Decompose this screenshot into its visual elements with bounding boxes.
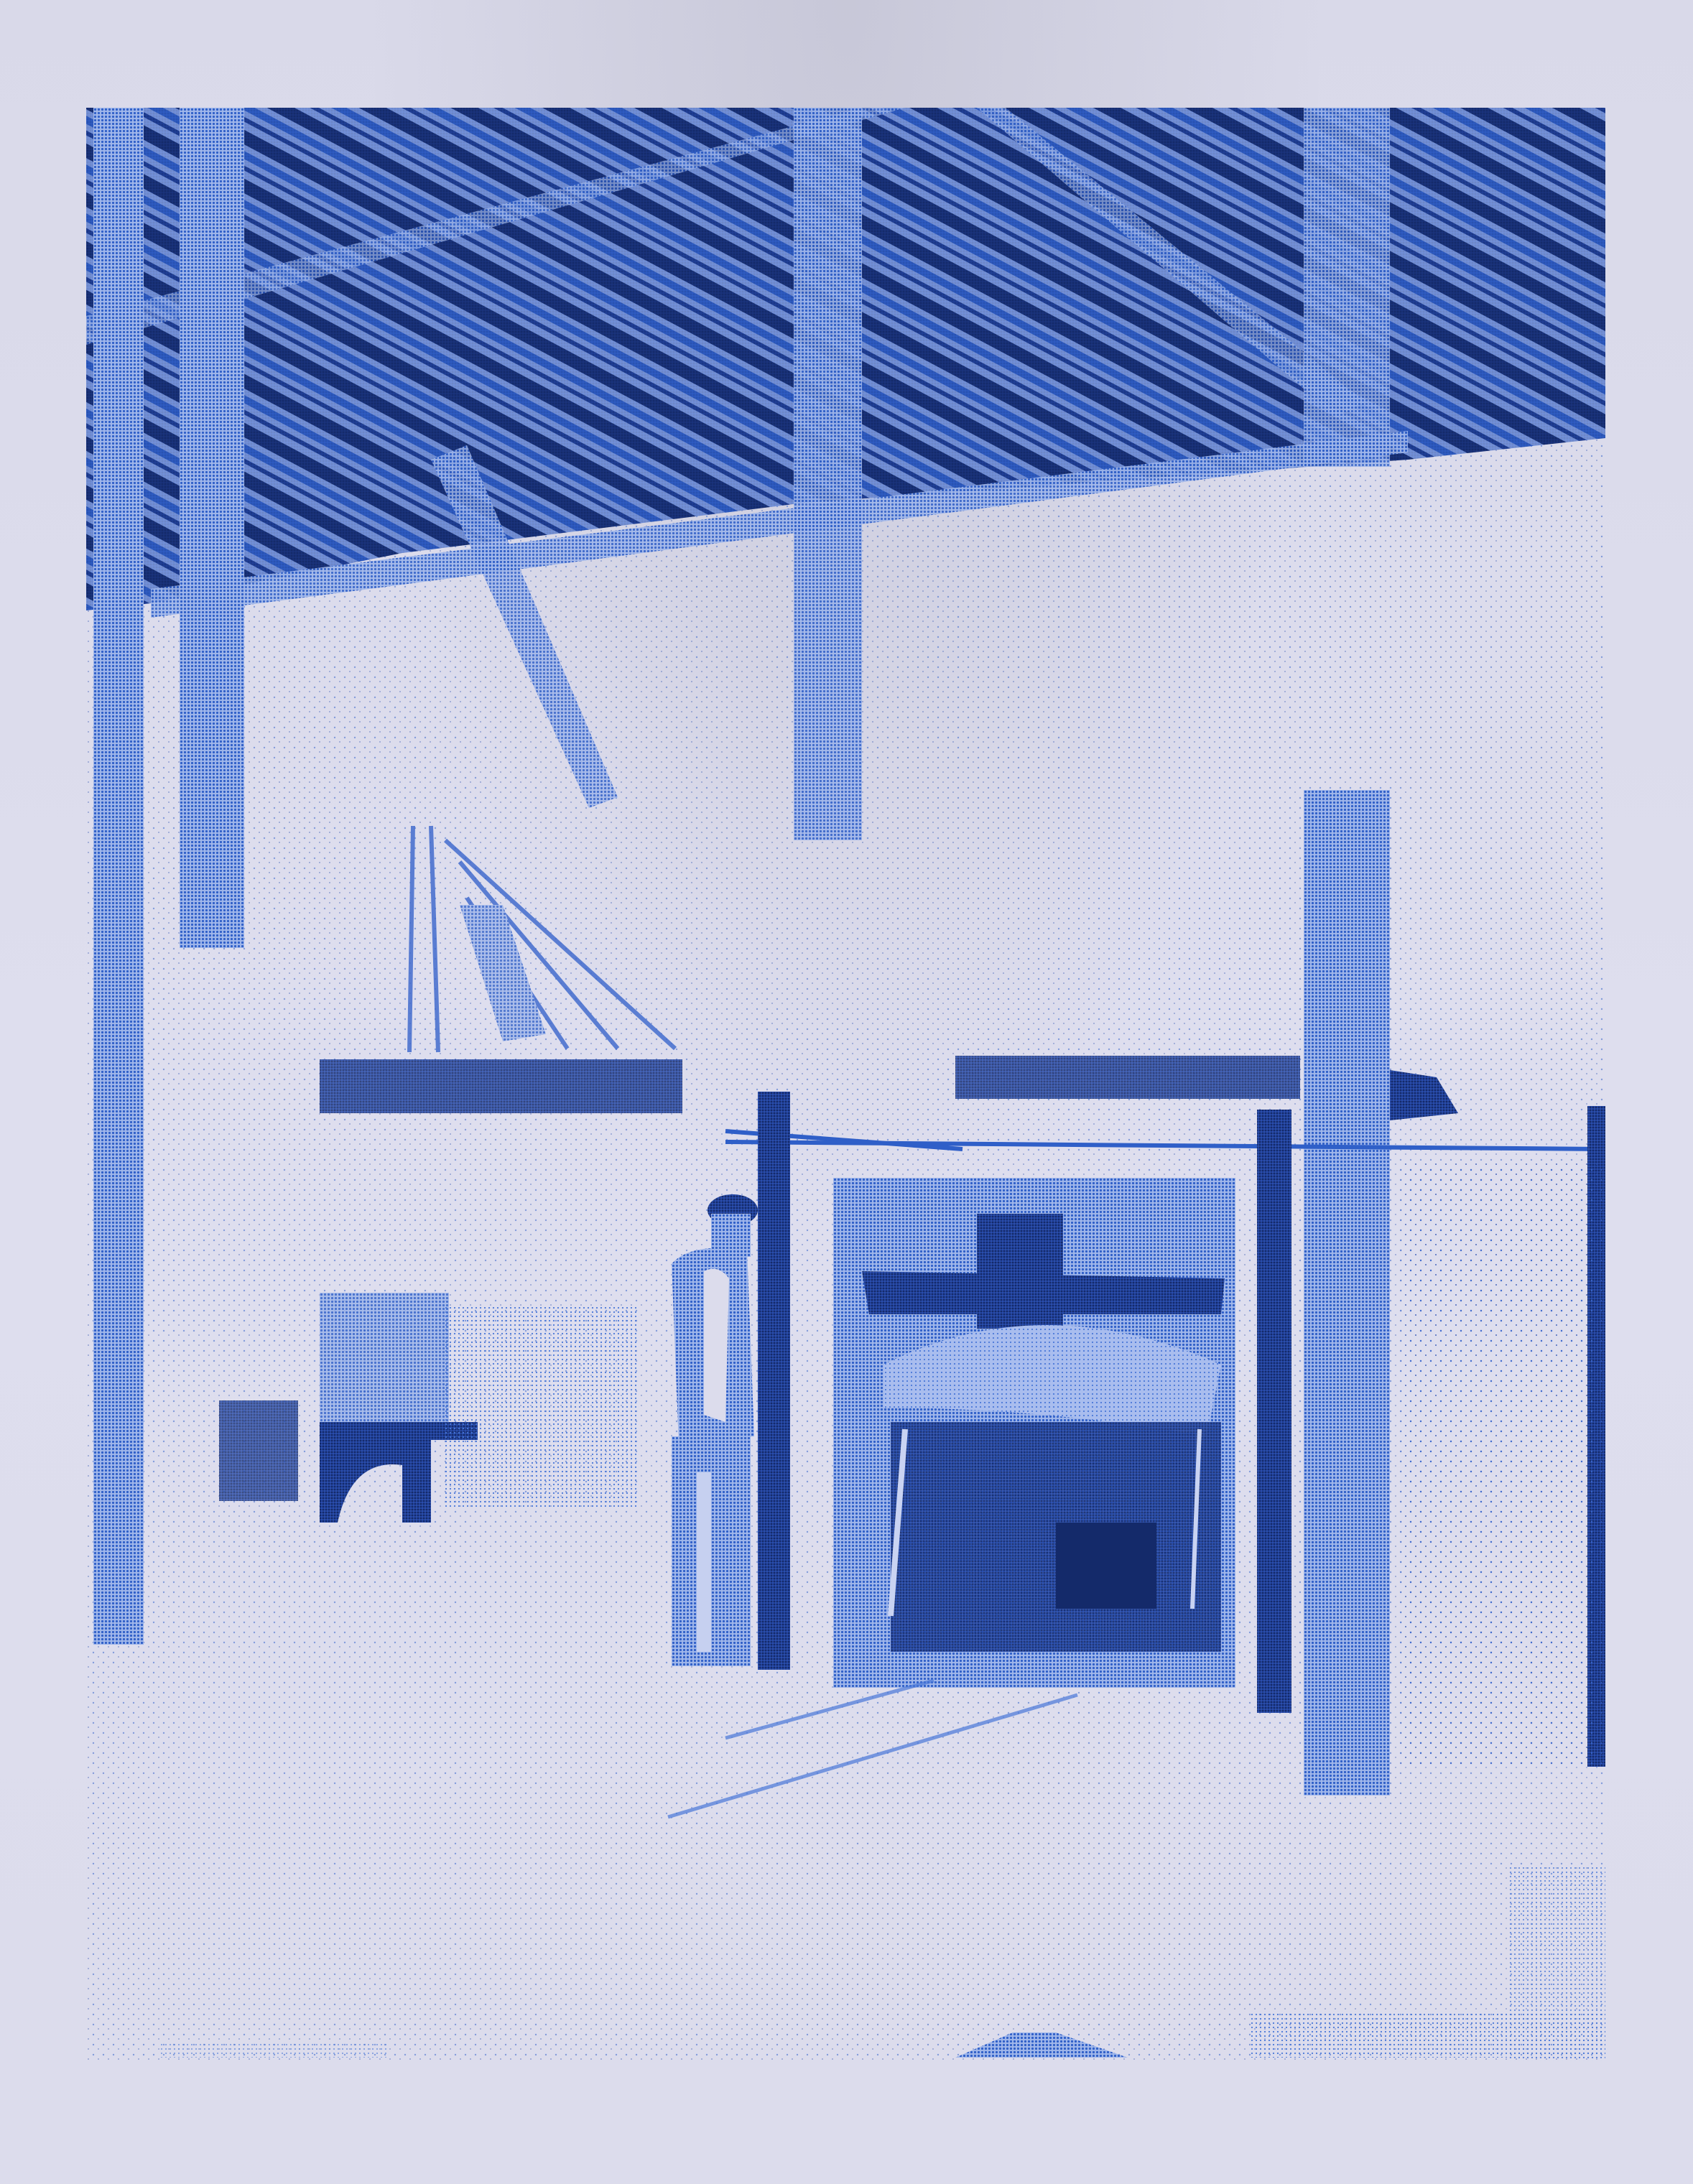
crossbeam-right [955,1056,1300,1099]
kiln-opening [833,1178,1235,1688]
halftone-photo-print [0,0,1693,2184]
crossbeam-left [320,1059,682,1113]
door-post-left [758,1092,790,1670]
standing-man [672,1194,758,1666]
brick-wall [1401,1163,1602,1767]
door-post-right [1257,1110,1291,1713]
